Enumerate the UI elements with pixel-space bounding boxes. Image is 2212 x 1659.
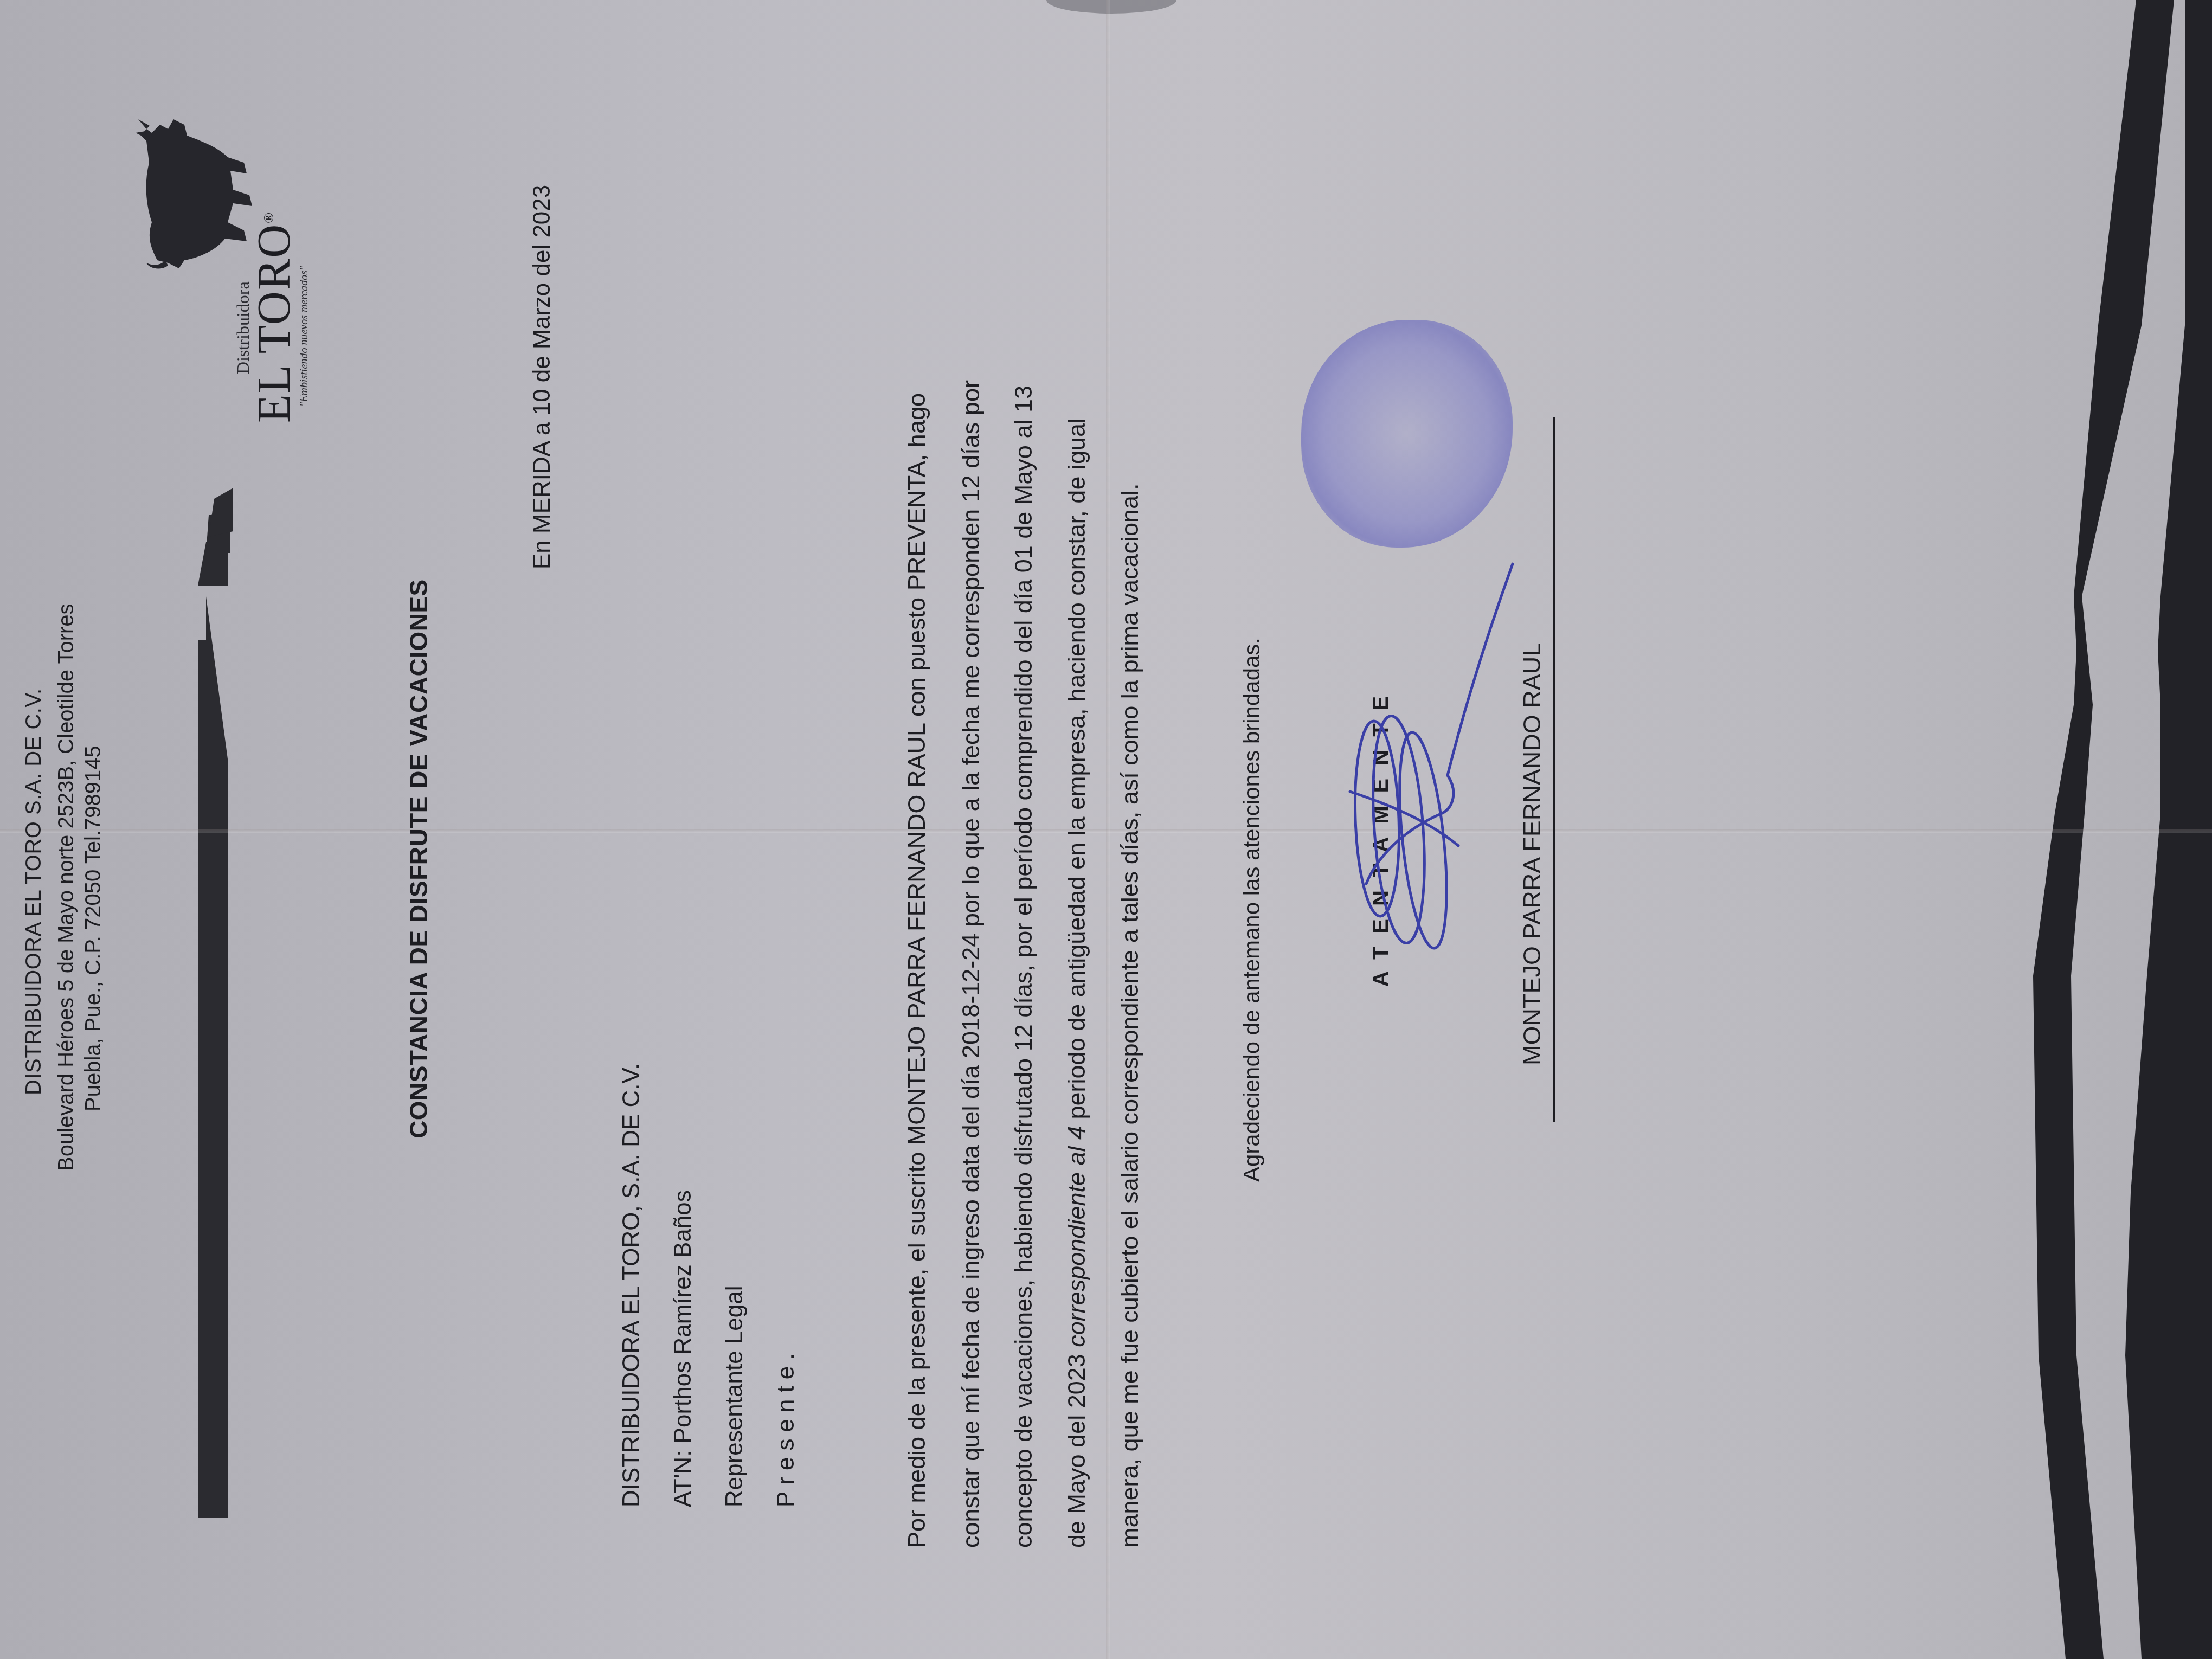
document-title: CONSTANCIA DE DISFRUTE DE VACACIONES (404, 579, 433, 1139)
logo-name: EL TORO® (247, 211, 301, 423)
company-logo: Distribuidora EL TORO® "Embistiendo nuev… (136, 108, 309, 488)
signatory-name: MONTEJO PARRA FERNANDO RAUL (1518, 643, 1546, 1065)
body-line: constar que mí fecha de ingreso data del… (957, 380, 985, 1548)
fingerprint-stamp (1301, 320, 1513, 548)
addressee-role: Representante Legal (721, 1285, 748, 1507)
header-city-line: Puebla, Pue., C.P. 72050 Tel.7989145 (81, 745, 106, 1111)
closing-thanks: Agradeciendo de antemano las atenciones … (1239, 638, 1265, 1182)
body-line: concepto de vacaciones, habiendo disfrut… (1009, 385, 1038, 1548)
body-line: manera, que me fue cubierto el salario c… (1116, 483, 1144, 1548)
addressee-company: DISTRIBUIDORA EL TORO, S.A. DE C.V. (618, 1063, 645, 1507)
addressee-greeting: Presente. (773, 1347, 800, 1507)
body-line: de Mayo del 2023 correspondiente al 4 pe… (1063, 418, 1091, 1548)
body-italic-segment: correspondiente al 4 (1063, 1126, 1090, 1347)
document-page: DISTRIBUIDORA EL TORO S.A. DE C.V. Boule… (0, 0, 2212, 1659)
body-line: Por medio de la presente, el suscrito MO… (903, 393, 931, 1548)
header-company: DISTRIBUIDORA EL TORO S.A. DE C.V. (22, 688, 46, 1095)
header-address: Boulevard Héroes 5 de Mayo norte 2523B, … (54, 603, 79, 1171)
signature-mark (1317, 542, 1545, 954)
place-date: En MERIDA a 10 de Marzo del 2023 (529, 185, 556, 569)
logo-tagline: "Embistiendo nuevos mercados" (298, 266, 311, 407)
addressee-attention: AT'N: Porthos Ramírez Baños (670, 1190, 697, 1507)
signature-line (1553, 417, 1555, 1122)
